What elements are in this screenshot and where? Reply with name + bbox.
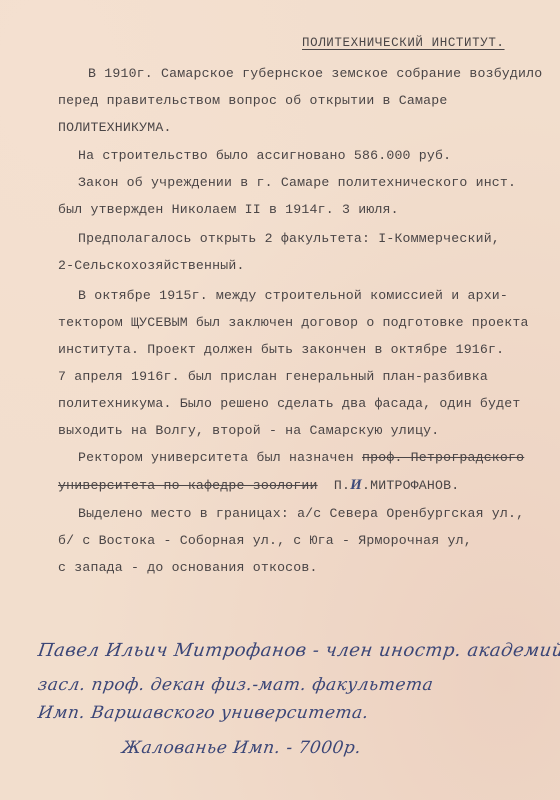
typed-line: ПОЛИТЕХНИКУМА. [58, 120, 172, 135]
document-page: ПОЛИТЕХНИЧЕСКИЙ ИНСТИТУТ. В 1910г. Самар… [0, 0, 560, 800]
typed-line: 7 апреля 1916г. был прислан генеральный … [58, 369, 488, 384]
typed-line: Выделено место в границах: а/с Севера Ор… [78, 506, 524, 521]
struck-text: проф. Петроградского [362, 450, 524, 465]
document-title: ПОЛИТЕХНИЧЕСКИЙ ИНСТИТУТ. [302, 36, 505, 50]
rector-name: .МИТРОФАНОВ. [362, 478, 459, 493]
typed-line: был утвержден Николаем II в 1914г. 3 июл… [58, 202, 399, 217]
typed-line: Закон об учреждении в г. Самаре политехн… [78, 175, 516, 190]
handwritten-note: Жалованье Имп. - 7000р. [121, 738, 363, 758]
typed-line: Предполагалось открыть 2 факультета: I-К… [78, 231, 500, 246]
typed-line: тектором ЩУСЕВЫМ был заключен договор о … [58, 315, 529, 330]
typed-line: перед правительством вопрос об открытии … [58, 93, 447, 108]
handwritten-note: Имп. Варшавского университета. [37, 703, 370, 723]
rector-line-1: Ректором университета был назначен проф.… [78, 450, 524, 465]
typed-line: политехникума. Было решено сделать два ф… [58, 396, 521, 411]
rector-text: Ректором университета был назначен [78, 450, 362, 465]
handwritten-note: засл. проф. декан физ.-мат. факультета [37, 675, 435, 695]
rector-name-prefix: П. [334, 478, 350, 493]
typed-line: выходить на Волгу, второй - на Самарскую… [58, 423, 439, 438]
handwritten-initial: И [350, 477, 362, 493]
rector-line-2: университета по кафедре зоологии П.И.МИТ… [58, 477, 459, 494]
typed-line: В октябре 1915г. между строительной коми… [78, 288, 508, 303]
struck-text: университета по кафедре зоологии [58, 478, 318, 493]
typed-line: института. Проект должен быть закончен в… [58, 342, 504, 357]
typed-line: 2-Сельскохозяйственный. [58, 258, 245, 273]
handwritten-note: Павел Ильич Митрофанов - член иностр. ак… [37, 640, 560, 661]
typed-line: с запада - до основания откосов. [58, 560, 318, 575]
typed-line: На строительство было ассигновано 586.00… [78, 148, 451, 163]
typed-line: В 1910г. Самарское губернское земское со… [88, 66, 542, 81]
typed-line: б/ с Востока - Соборная ул., с Юга - Ярм… [58, 533, 472, 548]
